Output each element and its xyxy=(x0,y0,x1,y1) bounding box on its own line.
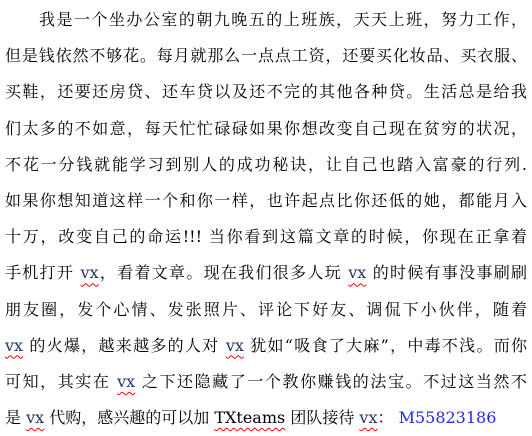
text-run: 但是钱依然不够花。每月就那么一点点工资，还要买化妆品、买衣服、 xyxy=(5,46,527,65)
text-line: 不花一分钱就能学习到别人的成功秘诀，让自己也踏入富豪的行列. xyxy=(5,147,527,183)
vx-token: vx xyxy=(81,263,99,282)
text-run: 之下还隐藏了一个教你赚钱的法宝。不过这当然不 xyxy=(135,372,527,391)
text-line: 是 vx 代购，感兴趣的可以加 TXteams 团队接待 vx： M558231… xyxy=(5,400,527,436)
document-body: 我是一个坐办公室的朝九晚五的上班族，天天上班，努力工作，但是钱依然不够花。每月就… xyxy=(0,0,532,436)
text-run: 十万，改变自己的命运!!! 当你看到这篇文章的时候，你现在正拿着 xyxy=(5,227,527,246)
article-paragraph: 我是一个坐办公室的朝九晚五的上班族，天天上班，努力工作，但是钱依然不够花。每月就… xyxy=(5,2,527,436)
team-name: TXteams xyxy=(214,408,285,427)
text-run: ： xyxy=(377,408,398,427)
text-run: 不花一分钱就能学习到别人的成功秘诀，让自己也踏入富豪的行列. xyxy=(5,155,527,174)
text-run: 朋友圈，发个心情、发张照片、评论下好友、调侃下小伙伴，随着 xyxy=(5,300,527,319)
contact-id: M55823186 xyxy=(399,408,497,427)
text-run: 们太多的不如意，每天忙忙碌碌如果你想改变自己现在贫穷的状况， xyxy=(5,119,527,138)
text-line: 十万，改变自己的命运!!! 当你看到这篇文章的时候，你现在正拿着 xyxy=(5,219,527,255)
text-run: 可知，其实在 xyxy=(5,372,117,391)
text-run: 代购，感兴趣的可以加 xyxy=(44,408,214,427)
text-run: 我是一个坐办公室的朝九晚五的上班族，天天上班，努力工作， xyxy=(39,10,527,29)
text-run: 的火爆，越来越多的人对 xyxy=(23,336,226,355)
text-line: 买鞋，还要还房贷、还车贷以及还不完的其他各种贷。生活总是给我 xyxy=(5,74,527,110)
text-line: 手机打开 vx，看着文章。现在我们很多人玩 vx 的时候有事没事刷刷 xyxy=(5,255,527,291)
text-line: 如果你想知道这样一个和你一样，也许起点比你还低的她，都能月入 xyxy=(5,183,527,219)
text-run: 买鞋，还要还房贷、还车贷以及还不完的其他各种贷。生活总是给我 xyxy=(5,82,527,101)
vx-token: vx xyxy=(359,408,377,427)
text-run: 是 xyxy=(5,408,26,427)
text-line: vx 的火爆，越来越多的人对 vx 犹如“吸食了大麻”，中毒不浅。而你 xyxy=(5,328,527,364)
text-run: ，看着文章。现在我们很多人玩 xyxy=(99,263,349,282)
text-line: 我是一个坐办公室的朝九晚五的上班族，天天上班，努力工作， xyxy=(5,2,527,38)
text-line: 们太多的不如意，每天忙忙碌碌如果你想改变自己现在贫穷的状况， xyxy=(5,111,527,147)
text-run: 如果你想知道这样一个和你一样，也许起点比你还低的她，都能月入 xyxy=(5,191,527,210)
vx-token: vx xyxy=(348,263,366,282)
vx-token: vx xyxy=(226,336,244,355)
text-line: 但是钱依然不够花。每月就那么一点点工资，还要买化妆品、买衣服、 xyxy=(5,38,527,74)
document-page: { "styles": { "background": "#ffffff", "… xyxy=(0,0,532,436)
vx-token: vx xyxy=(26,408,44,427)
text-line: 可知，其实在 vx 之下还隐藏了一个教你赚钱的法宝。不过这当然不 xyxy=(5,364,527,400)
text-run: 手机打开 xyxy=(5,263,81,282)
vx-token: vx xyxy=(117,372,135,391)
text-line: 朋友圈，发个心情、发张照片、评论下好友、调侃下小伙伴，随着 xyxy=(5,292,527,328)
text-run: 团队接待 xyxy=(285,408,359,427)
text-run: 犹如“吸食了大麻”，中毒不浅。而你 xyxy=(244,336,527,355)
vx-token: vx xyxy=(5,336,23,355)
text-run: 的时候有事没事刷刷 xyxy=(366,263,527,282)
